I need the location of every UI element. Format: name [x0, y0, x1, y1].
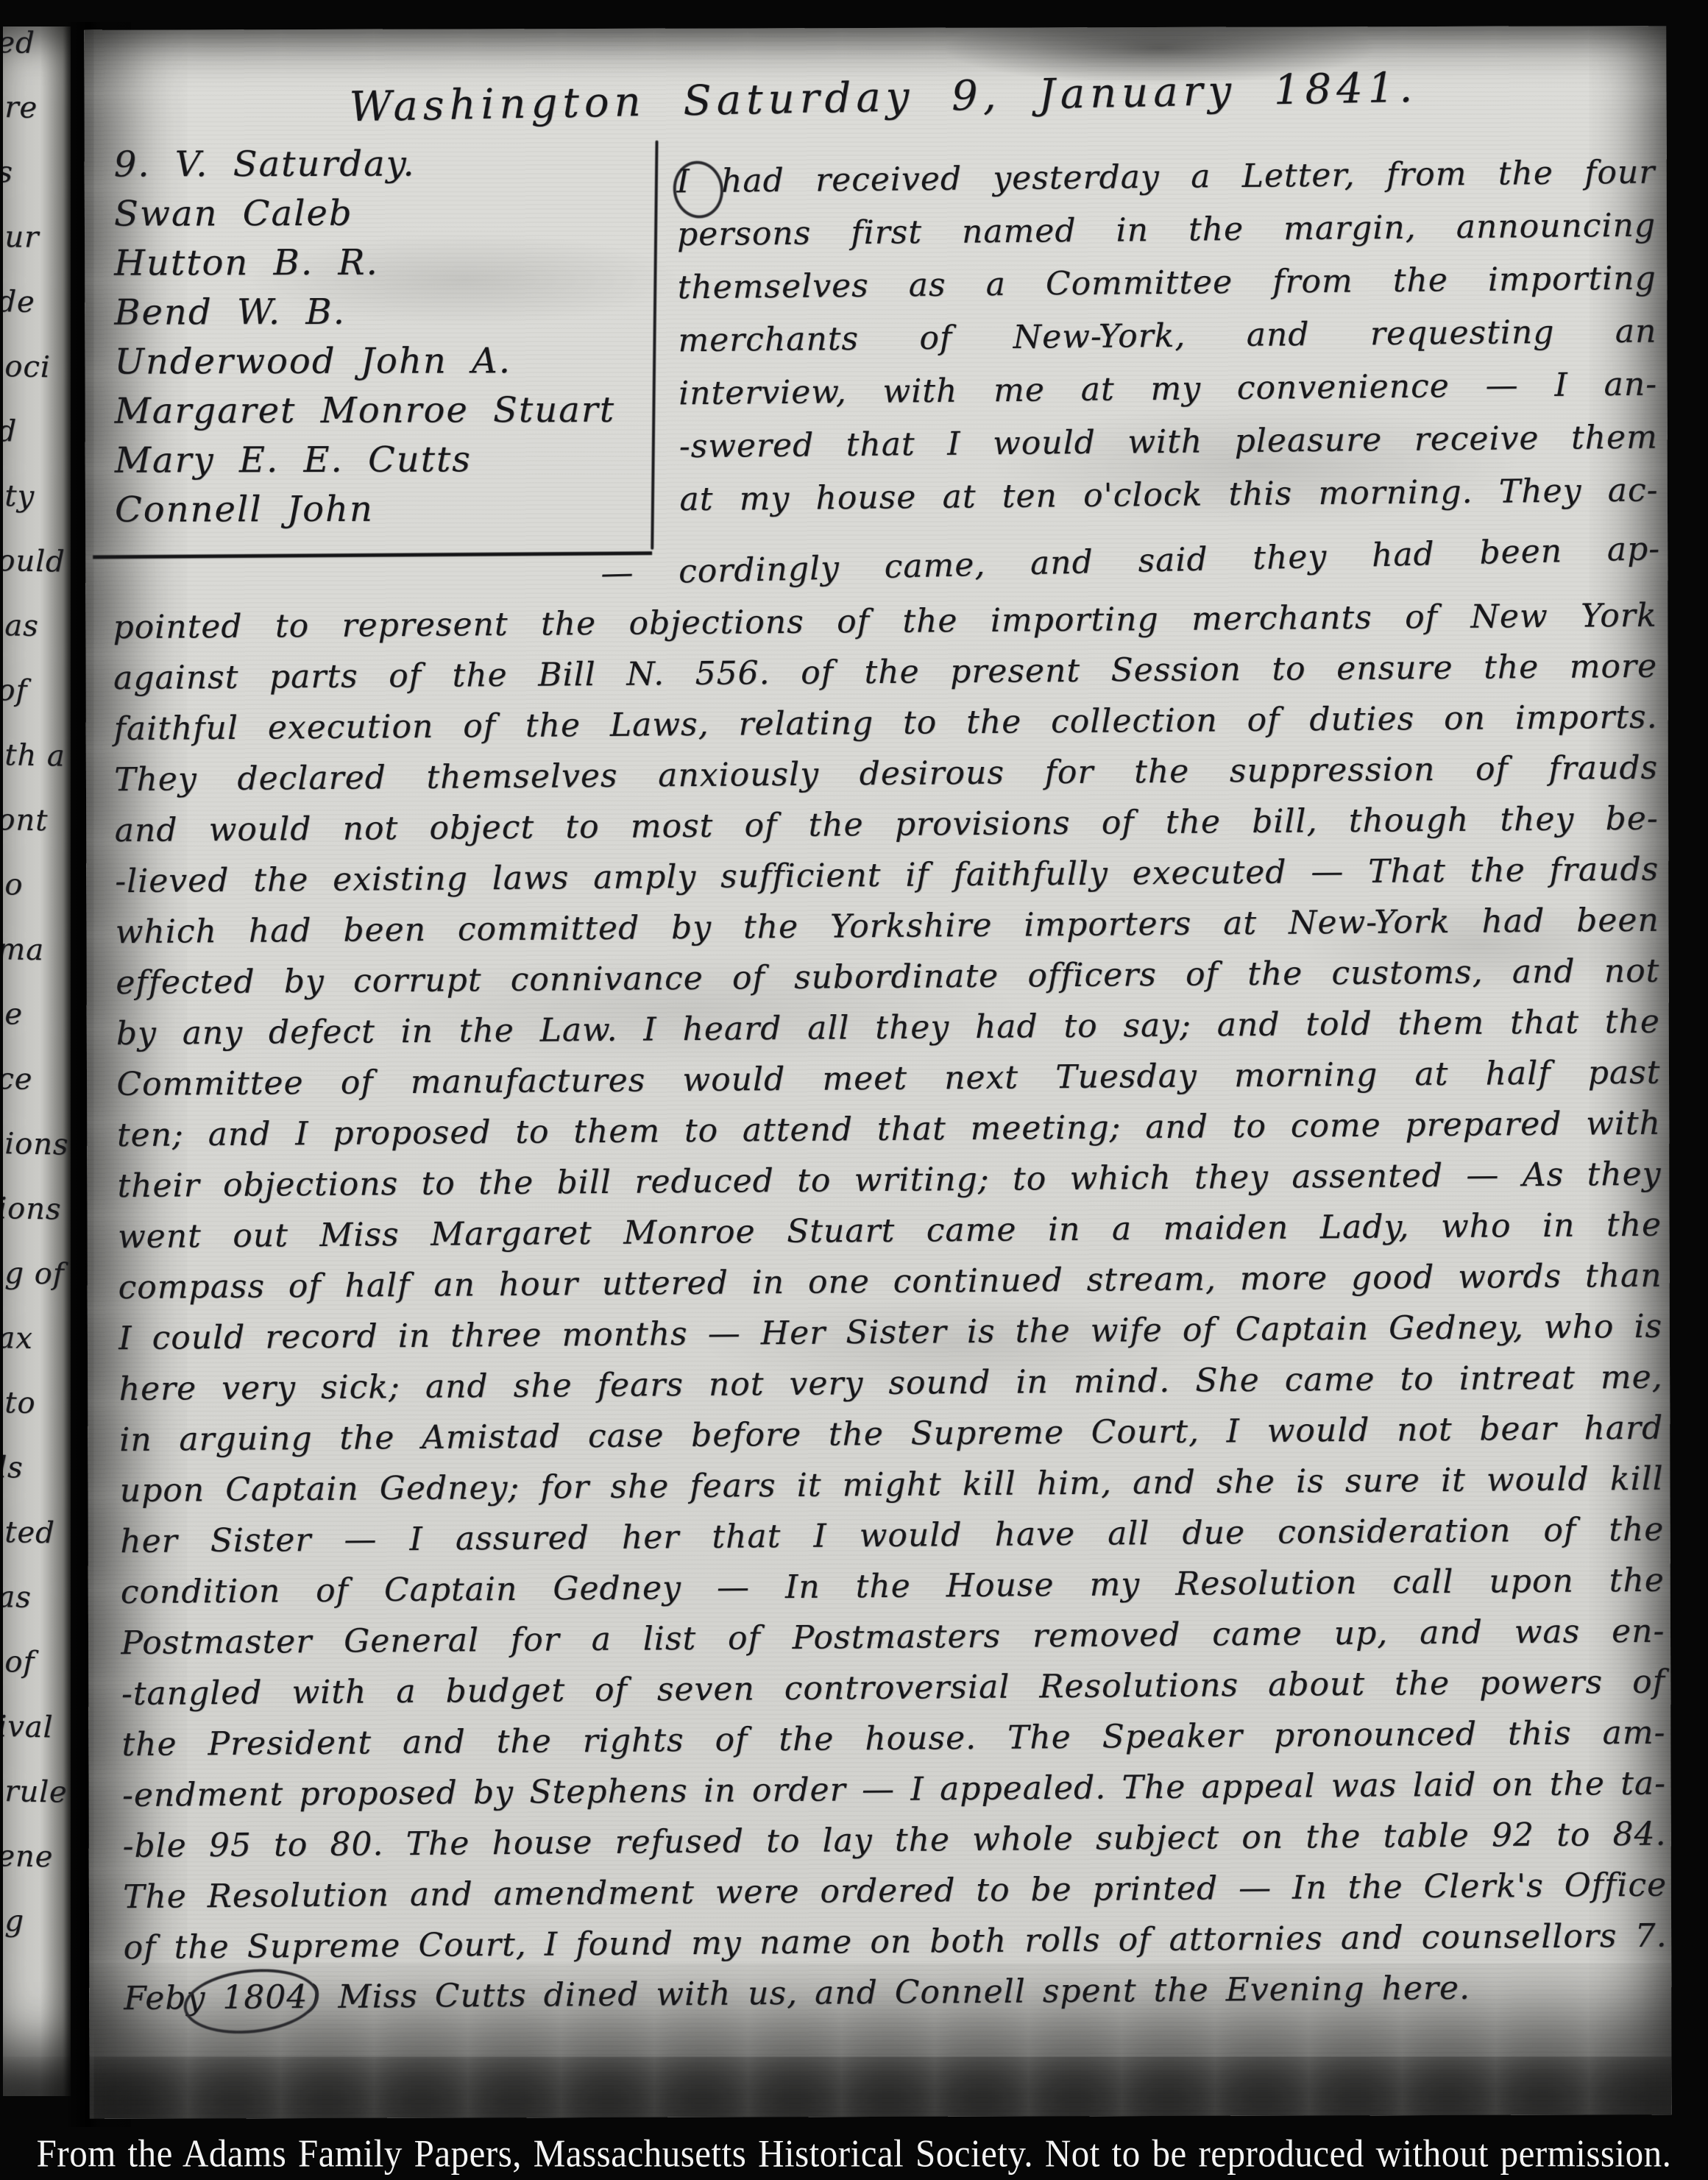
manuscript-line: I had received yesterday a Letter, from … — [676, 146, 1656, 209]
margin-name: Hutton B. R. — [114, 238, 644, 289]
facing-page-text-fragment: ould — [3, 544, 71, 610]
facing-page-text-fragment: ma — [3, 932, 71, 999]
facing-page-text-fragment: re — [4, 91, 71, 157]
facing-page-text-fragment: ed — [3, 26, 71, 92]
facing-page-text-fragment: s — [3, 155, 71, 222]
manuscript-line: themselves as a Committee from the impor… — [677, 252, 1656, 315]
facing-page-text-fragment: as — [4, 609, 71, 675]
facing-page-text-fragment: ty — [4, 479, 71, 545]
facing-page-text-fragment: g — [4, 1904, 71, 1970]
margin-name: Mary E. E. Cutts — [115, 435, 645, 486]
margin-name: Underwood John A. — [114, 336, 644, 387]
manuscript-line: at my house at ten o'clock this morning.… — [679, 464, 1659, 527]
facing-page-text-fragment: e — [4, 997, 71, 1064]
margin-name: Margaret Monroe Stuart — [115, 386, 645, 436]
manuscript-line-hanging: — cordingly came, and said they had been… — [600, 530, 1661, 592]
facing-page-text-fragment: ce — [3, 1062, 71, 1128]
manuscript-line: interview, with me at my convenience — I… — [678, 358, 1658, 421]
facing-page-text-fragment: ted — [4, 1515, 71, 1582]
facing-page-text-fragment: as — [3, 1580, 71, 1646]
facing-page-text-fragment: o — [4, 868, 71, 934]
margin-name: Connell John — [115, 484, 645, 535]
facing-page-text-fragment: ene — [3, 1839, 71, 1905]
facing-page-text-fragment: of — [4, 1645, 71, 1711]
facing-page-text-fragment: g of — [4, 1256, 71, 1323]
margin-box-rule-horizontal — [93, 551, 652, 559]
margin-name-list: 9. V. Saturday.Swan CalebHutton B. R.Ben… — [114, 139, 645, 535]
facing-page-edge: edresurdeocidtyouldasofth aontomaeceions… — [3, 26, 71, 2096]
facing-page-text-fragment: of — [3, 673, 71, 740]
facing-page-text-fragment: to — [4, 1386, 71, 1452]
archive-credit-caption: From the Adams Family Papers, Massachuse… — [37, 2130, 1672, 2176]
entry-date-heading: Washington Saturday 9, January 1841. — [349, 64, 1418, 132]
facing-page-text-fragment: de — [3, 285, 71, 351]
margin-name: Bend W. B. — [114, 287, 644, 338]
facing-page-text-fragment: ur — [4, 220, 71, 286]
facing-page-text-fragment: ival — [3, 1710, 71, 1776]
facing-page-text-fragment: ions — [3, 1192, 71, 1258]
facing-page-text-fragment: ont — [3, 803, 71, 869]
entry-body-text: pointed to represent the objections of t… — [113, 590, 1668, 2024]
facing-page-text-fragment: d — [3, 414, 71, 481]
entry-intro-column: I had received yesterday a Letter, from … — [676, 146, 1659, 527]
manuscript-line: merchants of New-York, and requesting an — [678, 305, 1657, 368]
margin-box-rule-vertical — [651, 141, 658, 550]
facing-page-text-fragment: ls — [3, 1451, 71, 1517]
facing-page-text-fragment: th a — [4, 738, 71, 804]
facing-page-text-fragment: ax — [3, 1321, 71, 1387]
manuscript-line: -swered that I would with pleasure recei… — [678, 411, 1658, 474]
facing-page-text-fragment: rule — [4, 1774, 71, 1841]
margin-name: 9. V. Saturday. — [114, 139, 644, 190]
manuscript-line: persons first named in the margin, annou… — [677, 199, 1656, 262]
facing-page-text-fragment: oci — [4, 350, 71, 416]
caption-bar: From the Adams Family Papers, Massachuse… — [0, 2126, 1708, 2180]
margin-name: Swan Caleb — [114, 188, 644, 239]
facing-page-text-fragment: ions — [4, 1127, 71, 1193]
manuscript-page: Washington Saturday 9, January 1841. 9. … — [84, 26, 1671, 2119]
